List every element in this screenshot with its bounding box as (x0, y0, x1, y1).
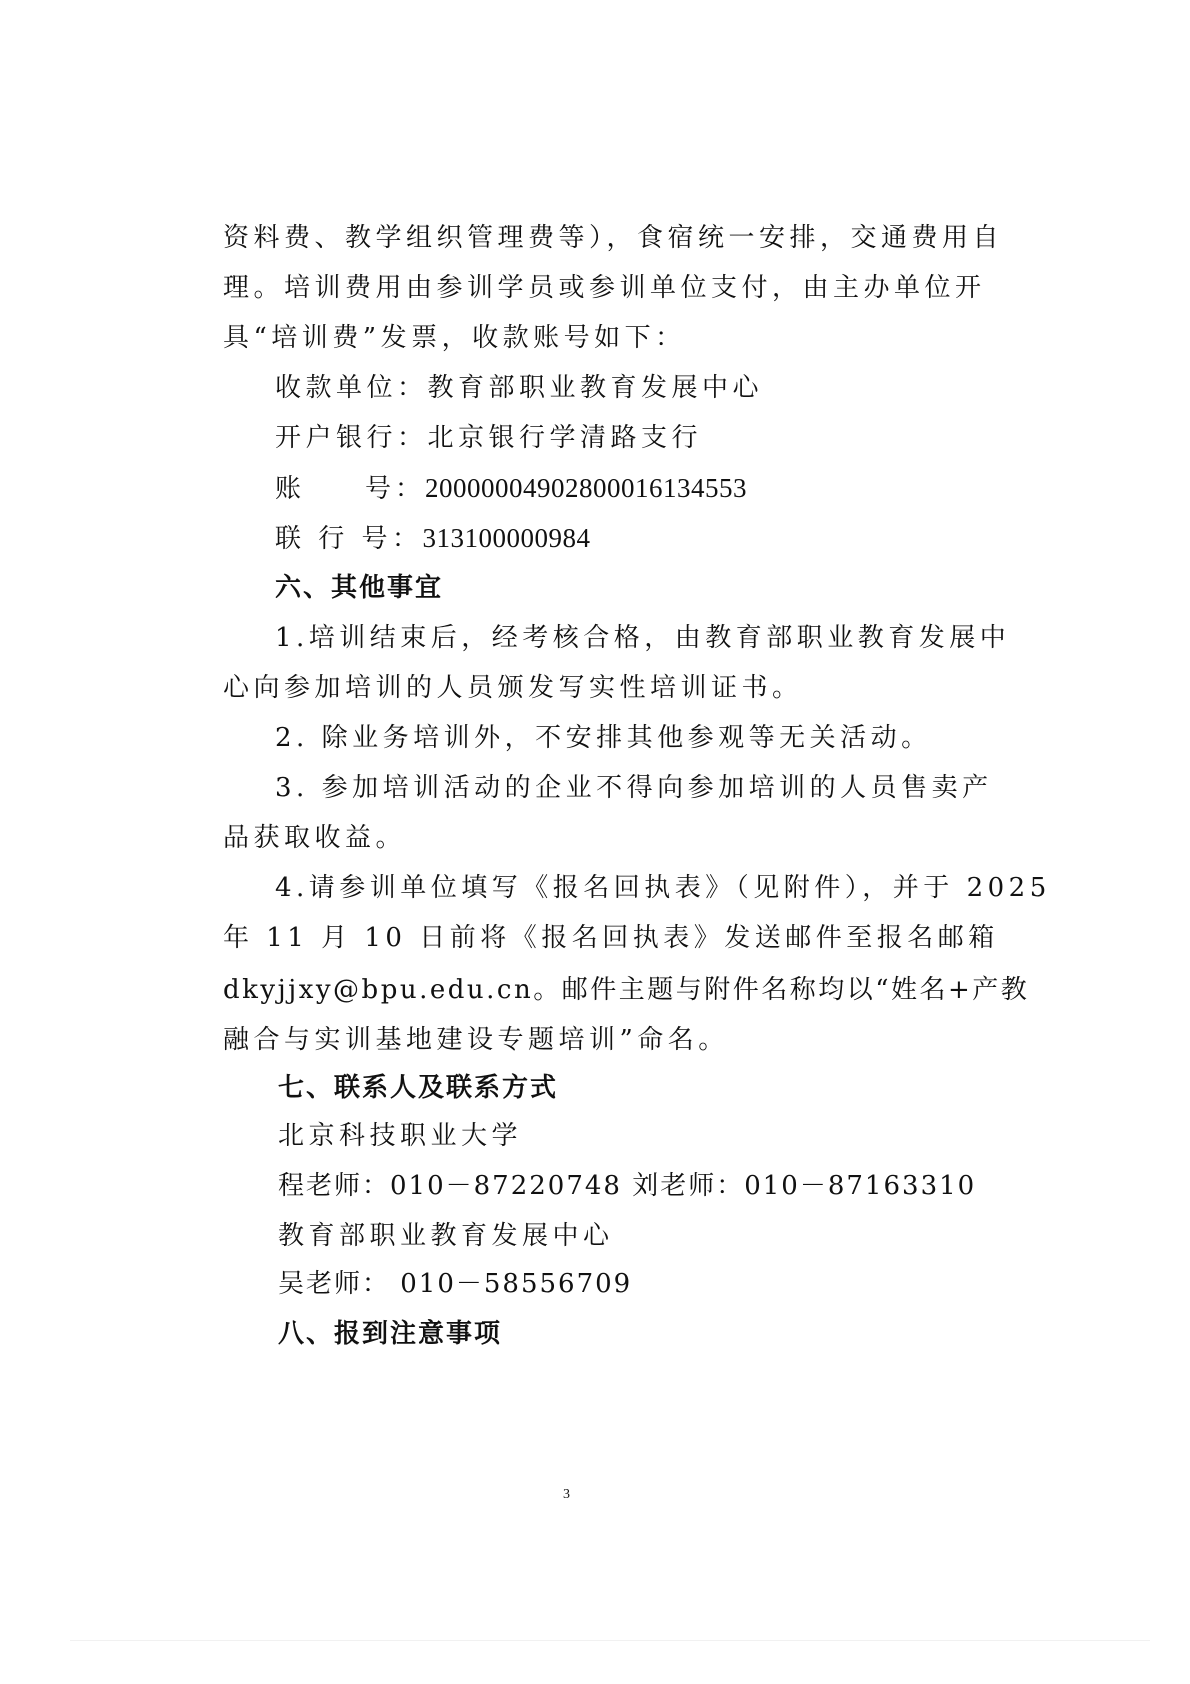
item3-line: 3. 参加培训活动的企业不得向参加培训的人员售卖产 (275, 768, 993, 808)
contact-org-2: 教育部职业教育发展中心 (278, 1216, 614, 1256)
account-label: 账 号： (275, 474, 425, 504)
paragraph-line: 资料费、教学组织管理费等），食宿统一安排，交通费用自 (223, 218, 1003, 258)
bank-label: 开户银行： (275, 423, 428, 453)
account-row: 账 号：20000004902800016134553 (275, 468, 747, 509)
section-heading-seven: 七、联系人及联系方式 (278, 1068, 558, 1108)
contact-org-2-phone: 吴老师： 010－58556709 (278, 1264, 632, 1304)
item4-line: 4.请参训单位填写《报名回执表》（见附件），并于 2025 (275, 868, 1051, 908)
payee-row: 收款单位：教育部职业教育发展中心 (275, 368, 763, 408)
routing-row: 联 行 号：313100000984 (275, 518, 591, 559)
item4-line: 融合与实训基地建设专题培训”命名。 (223, 1020, 729, 1060)
item4-email-line: dkyjjxy@bpu.edu.cn。邮件主题与附件名称均以“姓名+产教 (223, 970, 1029, 1010)
section-heading-eight: 八、报到注意事项 (278, 1314, 502, 1354)
routing-number: 313100000984 (423, 523, 591, 553)
paragraph-line: 具“培训费”发票，收款账号如下： (223, 318, 686, 358)
payee-label: 收款单位： (275, 373, 428, 403)
paragraph-line: 理。培训费用由参训学员或参训单位支付，由主办单位开 (223, 268, 986, 308)
bank-value: 北京银行学清路支行 (428, 423, 703, 453)
page-number: 3 (563, 1487, 570, 1503)
item3-line: 品获取收益。 (223, 818, 406, 858)
contact-org-1-phones: 程老师：010－87220748 刘老师：010－87163310 (278, 1166, 976, 1206)
item4-line: 年 11 月 10 日前将《报名回执表》发送邮件至报名邮箱 (223, 918, 999, 958)
item2-line: 2. 除业务培训外，不安排其他参观等无关活动。 (275, 718, 932, 758)
item1-line: 心向参加培训的人员颁发写实性培训证书。 (223, 668, 803, 708)
account-number: 20000004902800016134553 (425, 473, 747, 503)
document-page: 资料费、教学组织管理费等），食宿统一安排，交通费用自 理。培训费用由参训学员或参… (0, 0, 1190, 1684)
item1-line: 1.培训结束后，经考核合格，由教育部职业教育发展中 (275, 618, 1010, 658)
contact-org-1: 北京科技职业大学 (278, 1116, 522, 1156)
routing-label: 联 行 号： (275, 524, 423, 554)
bank-row: 开户银行：北京银行学清路支行 (275, 418, 702, 458)
scan-edge-divider (70, 1640, 1150, 1641)
section-heading-six: 六、其他事宜 (275, 568, 443, 608)
payee-value: 教育部职业教育发展中心 (428, 373, 764, 403)
